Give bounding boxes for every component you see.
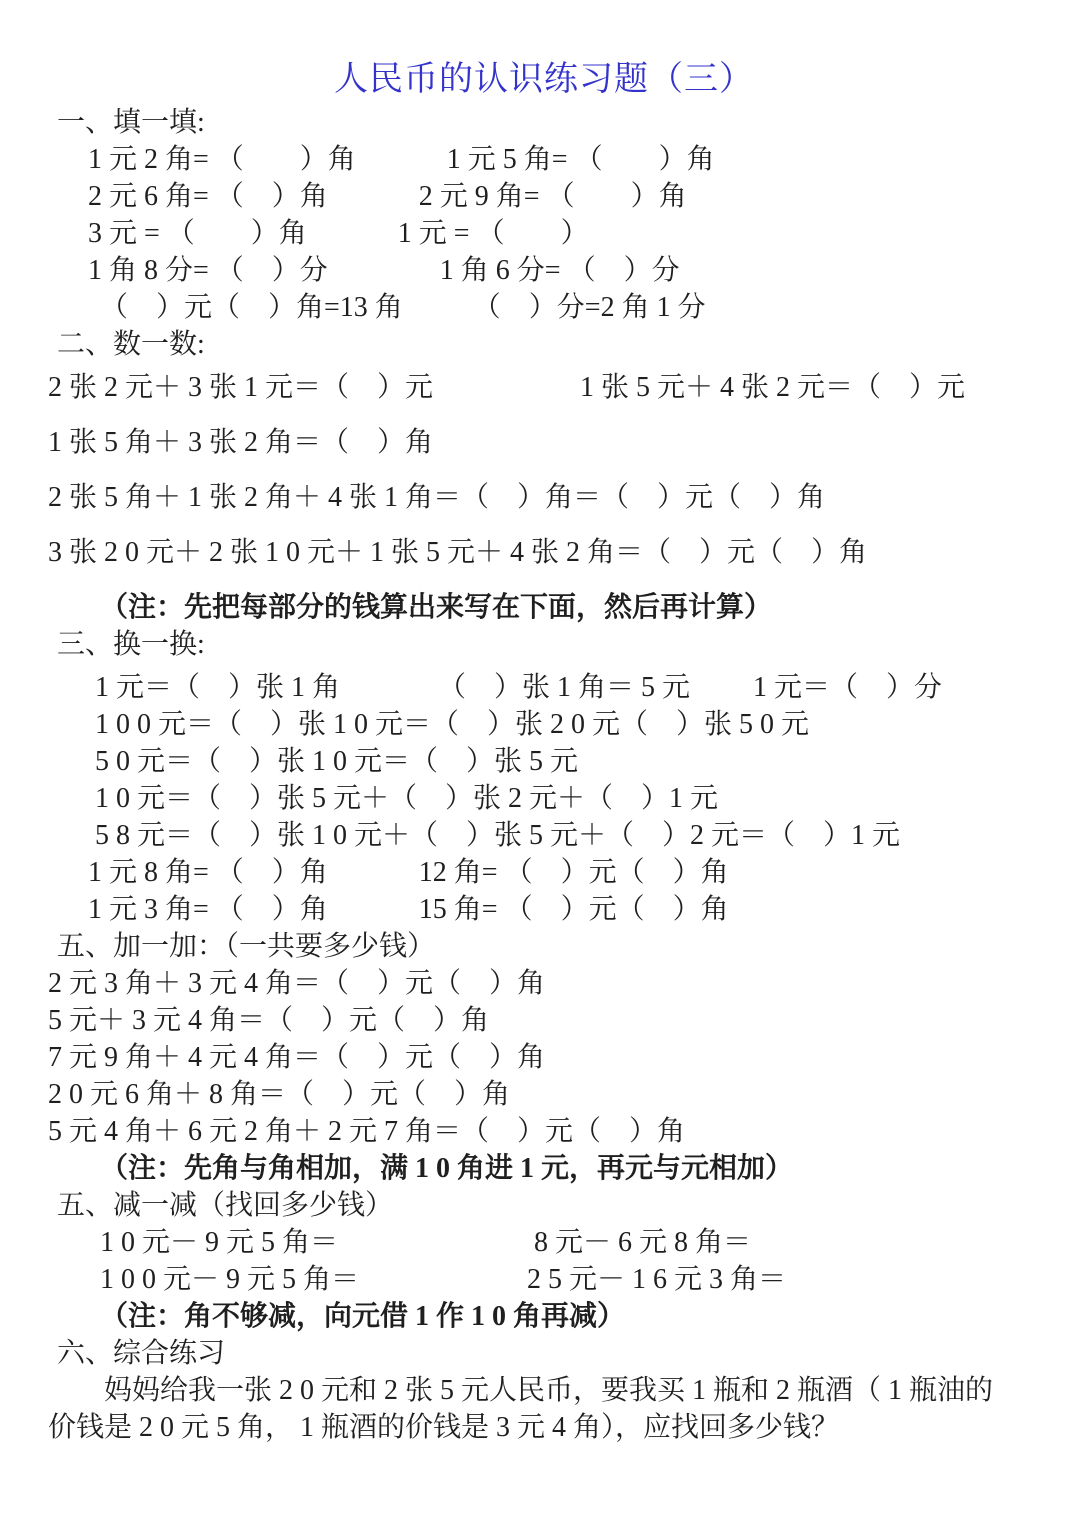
worksheet-line: 5 元 4 角＋ 6 元 2 角＋ 2 元 7 角＝（ ）元（ ）角 [48, 1113, 1040, 1150]
worksheet-line: 三、换一换: [48, 626, 1040, 663]
worksheet-line: 5 0 元＝（ ）张 1 0 元＝（ ）张 5 元 [48, 743, 1040, 780]
worksheet-line: 2 0 元 6 角＋ 8 角＝（ ）元（ ）角 [48, 1076, 1040, 1113]
worksheet-title: 人民币的认识练习题（三） [48, 56, 1040, 104]
worksheet-line: 五、加一加：（一共要多少钱） [48, 928, 1040, 965]
worksheet-line: 1 元 8 角= （ ）角 12 角= （ ）元（ ）角 [48, 854, 1040, 891]
worksheet-line: 2 元 6 角= （ ）角 2 元 9 角= （ ）角 [48, 178, 1040, 215]
worksheet-line: 5 8 元＝（ ）张 1 0 元＋（ ）张 5 元＋（ ）2 元＝（ ）1 元 [48, 817, 1040, 854]
worksheet-line: 3 元 = （ ）角 1 元 = （ ） [48, 215, 1040, 252]
worksheet-line: （注：先角与角相加，满 1 0 角进 1 元，再元与元相加） [48, 1150, 1040, 1187]
worksheet-line: 1 角 8 分= （ ）分 1 角 6 分= （ ）分 [48, 252, 1040, 289]
worksheet-line: 1 0 元－ 9 元 5 角＝ 8 元－ 6 元 8 角＝ [48, 1224, 1040, 1261]
worksheet-line: 1 0 元＝（ ）张 5 元＋（ ）张 2 元＋（ ）1 元 [48, 780, 1040, 817]
worksheet-line: 二、数一数: [48, 326, 1040, 363]
worksheet-line: 1 0 0 元－ 9 元 5 角＝ 2 5 元－ 1 6 元 3 角＝ [48, 1261, 1040, 1298]
worksheet-line: 一、填一填: [48, 104, 1040, 141]
worksheet-line: 妈妈给我一张 2 0 元和 2 张 5 元人民币，要我买 1 瓶和 2 瓶酒（ … [48, 1372, 1040, 1409]
worksheet-body: 一、填一填:1 元 2 角= （ ）角 1 元 5 角= （ ）角2 元 6 角… [48, 104, 1040, 1446]
worksheet-line: 1 0 0 元＝（ ）张 1 0 元＝（ ）张 2 0 元（ ）张 5 0 元 [48, 706, 1040, 743]
worksheet-line: （ ）元（ ）角=13 角 （ ）分=2 角 1 分 [48, 289, 1040, 326]
worksheet-line: （注：角不够减，向元借 1 作 1 0 角再减） [48, 1298, 1040, 1335]
worksheet-line: 2 张 2 元＋ 3 张 1 元＝（ ）元 1 张 5 元＋ 4 张 2 元＝（… [48, 369, 1040, 406]
worksheet-line: 3 张 2 0 元＋ 2 张 1 0 元＋ 1 张 5 元＋ 4 张 2 角＝（… [48, 534, 1040, 571]
worksheet-line: 1 元 3 角= （ ）角 15 角= （ ）元（ ）角 [48, 891, 1040, 928]
worksheet-line: 价钱是 2 0 元 5 角， 1 瓶酒的价钱是 3 元 4 角），应找回多少钱？ [48, 1409, 1040, 1446]
worksheet-line: 1 张 5 角＋ 3 张 2 角＝（ ）角 [48, 424, 1040, 461]
worksheet-line: 五、减一减（找回多少钱） [48, 1187, 1040, 1224]
worksheet-line: （注：先把每部分的钱算出来写在下面，然后再计算） [48, 589, 1040, 626]
worksheet-line: 1 元 2 角= （ ）角 1 元 5 角= （ ）角 [48, 141, 1040, 178]
worksheet-line: 5 元＋ 3 元 4 角＝（ ）元（ ）角 [48, 1002, 1040, 1039]
worksheet-line: 1 元＝（ ）张 1 角 （ ）张 1 角＝ 5 元 1 元＝（ ）分 [48, 669, 1040, 706]
worksheet-line: 7 元 9 角＋ 4 元 4 角＝（ ）元（ ）角 [48, 1039, 1040, 1076]
worksheet-line: 2 张 5 角＋ 1 张 2 角＋ 4 张 1 角＝（ ）角＝（ ）元（ ）角 [48, 479, 1040, 516]
worksheet-line: 六、综合练习 [48, 1335, 1040, 1372]
worksheet-page: 人民币的认识练习题（三） 一、填一填:1 元 2 角= （ ）角 1 元 5 角… [0, 0, 1080, 1446]
worksheet-line: 2 元 3 角＋ 3 元 4 角＝（ ）元（ ）角 [48, 965, 1040, 1002]
